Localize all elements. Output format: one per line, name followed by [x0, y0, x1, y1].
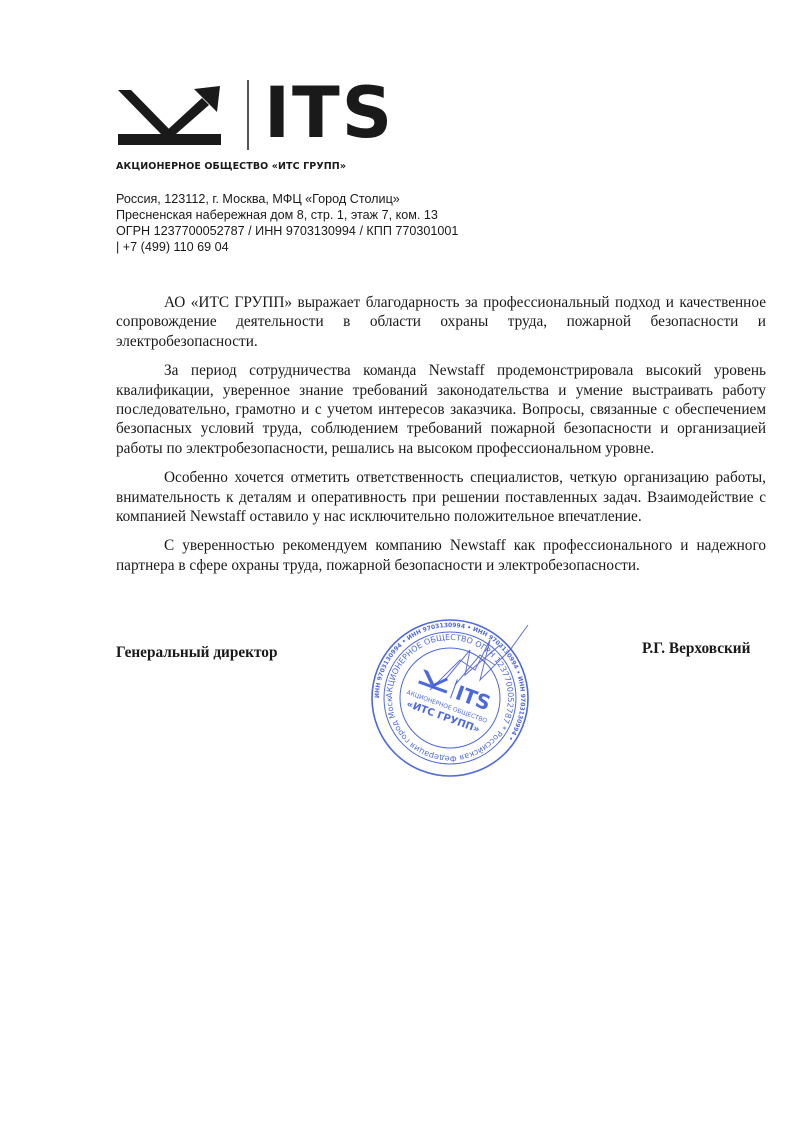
company-logo: ITS [116, 80, 406, 150]
signatory-name: Р.Г. Верховский [642, 640, 750, 658]
paragraph: За период сотрудничества команда Newstaf… [116, 361, 766, 458]
paragraph: С уверенностью рекомендуем компанию News… [116, 536, 766, 575]
logo-wordmark: ITS [264, 68, 394, 158]
handwritten-signature [420, 620, 530, 700]
company-name: АКЦИОНЕРНОЕ ОБЩЕСТВО «ИТС ГРУПП» [116, 161, 346, 172]
phone-line: | +7 (499) 110 69 04 [116, 239, 458, 255]
its-arrow-logo-icon [116, 84, 226, 146]
registration-line: ОГРН 1237700052787 / ИНН 9703130994 / КП… [116, 223, 458, 239]
address-block: Россия, 123112, г. Москва, МФЦ «Город Ст… [116, 191, 458, 255]
address-line: Россия, 123112, г. Москва, МФЦ «Город Ст… [116, 191, 458, 207]
logo-divider [247, 80, 249, 150]
letter-page: ITS АКЦИОНЕРНОЕ ОБЩЕСТВО «ИТС ГРУПП» Рос… [0, 0, 800, 1131]
signatory-title: Генеральный директор [116, 644, 277, 662]
address-line: Пресненская набережная дом 8, стр. 1, эт… [116, 207, 458, 223]
letter-body: АО «ИТС ГРУПП» выражает благодарность за… [116, 293, 766, 585]
paragraph: АО «ИТС ГРУПП» выражает благодарность за… [116, 293, 766, 351]
paragraph: Особенно хочется отметить ответственност… [116, 468, 766, 526]
